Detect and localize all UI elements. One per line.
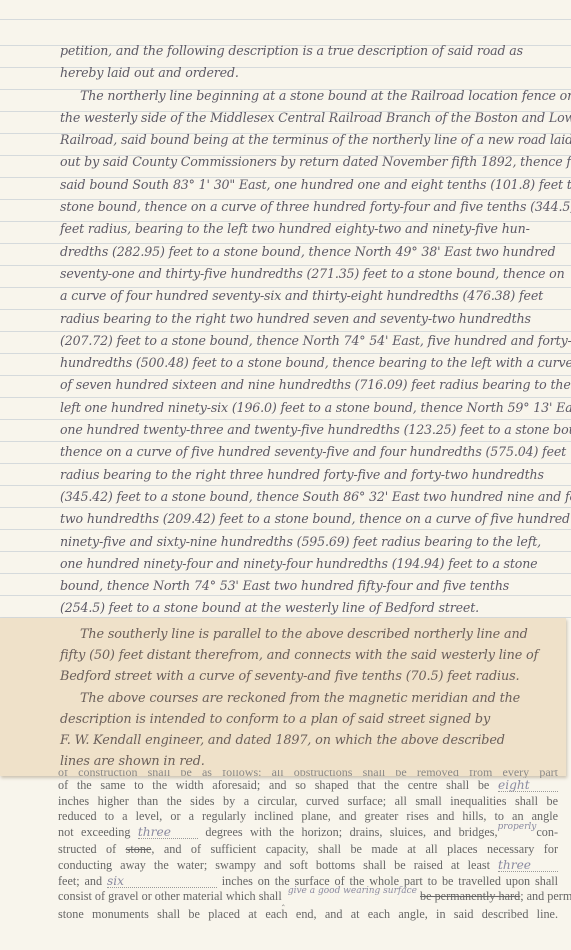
handwritten-line: a curve of four hundred seventy-six and … xyxy=(60,285,560,307)
handwritten-line: radius bearing to the right three hundre… xyxy=(60,464,560,486)
fill-in-surface-inches: six xyxy=(107,875,217,888)
struck-text-hard: be permanently hard xyxy=(420,889,520,903)
handwritten-line: Bedford street with a curve of seventy-a… xyxy=(60,666,560,687)
handwritten-line: petition, and the following description … xyxy=(60,40,560,62)
caret-mark: ‸ xyxy=(282,896,285,906)
handwritten-line: description is intended to conform to a … xyxy=(60,709,560,730)
printed-text: , and of sufficient capacity, shall be m… xyxy=(151,842,558,856)
handwritten-line: bound, thence North 74° 53' East two hun… xyxy=(60,575,560,597)
handwritten-line: one hundred ninety-four and ninety-four … xyxy=(60,553,560,575)
handwritten-line: hereby laid out and ordered. xyxy=(60,62,560,84)
document-page: petition, and the following description … xyxy=(0,0,571,950)
printed-text: degrees with the horizon; drains, sluice… xyxy=(205,825,497,839)
handwritten-insert-surface: give a good wearing surface xyxy=(288,886,417,896)
printed-form-text: of construction shall be as follows: all… xyxy=(58,770,558,922)
printed-line-cut: of construction shall be as follows: all… xyxy=(58,770,558,778)
printed-text: con- xyxy=(536,825,558,839)
handwritten-line: Railroad, said bound being at the termin… xyxy=(60,129,560,151)
handwritten-line: F. W. Kendall engineer, and dated 1897, … xyxy=(60,730,560,751)
pasted-slip: The southerly line is parallel to the ab… xyxy=(0,618,566,776)
printed-text: of the same to the width aforesaid; and … xyxy=(58,778,489,792)
handwritten-line: The southerly line is parallel to the ab… xyxy=(60,624,560,645)
pasted-slip-text: The southerly line is parallel to the ab… xyxy=(60,624,560,772)
handwritten-line: (207.72) feet to a stone bound, thence N… xyxy=(60,330,560,352)
printed-line: of the same to the width aforesaid; and … xyxy=(58,778,558,794)
fill-in-centre-height: eight xyxy=(498,779,558,792)
handwritten-line: (254.5) feet to a stone bound at the wes… xyxy=(60,597,560,619)
printed-text: not exceeding xyxy=(58,825,130,839)
printed-line: stone monuments shall be placed at each … xyxy=(58,907,558,923)
printed-text: structed of xyxy=(58,842,116,856)
printed-line: not exceeding three degrees with the hor… xyxy=(58,825,558,843)
handwritten-line: the westerly side of the Middlesex Centr… xyxy=(60,107,560,129)
printed-line: structed of stone, and of sufficient cap… xyxy=(58,842,558,858)
struck-text-stone: stone xyxy=(126,842,152,856)
handwritten-line: said bound South 83° 1' 30" East, one hu… xyxy=(60,174,560,196)
handwritten-line: fifty (50) feet distant therefrom, and c… xyxy=(60,645,560,666)
handwritten-insert-properly: properly xyxy=(498,822,537,832)
printed-text: ; and permanent xyxy=(520,889,571,903)
handwritten-line: dredths (282.95) feet to a stone bound, … xyxy=(60,241,560,263)
handwritten-line: one hundred twenty-three and twenty-five… xyxy=(60,419,560,441)
handwritten-line: of seven hundred sixteen and nine hundre… xyxy=(60,374,560,396)
handwritten-line: thence on a curve of five hundred sevent… xyxy=(60,441,560,463)
handwritten-description: petition, and the following description … xyxy=(60,40,560,620)
handwritten-line: radius bearing to the right two hundred … xyxy=(60,308,560,330)
handwritten-line: The northerly line beginning at a stone … xyxy=(60,85,560,107)
handwritten-line: hundredths (500.48) feet to a stone boun… xyxy=(60,352,560,374)
printed-text: consist of gravel or other material whic… xyxy=(58,889,282,903)
handwritten-line: two hundredths (209.42) feet to a stone … xyxy=(60,508,560,530)
printed-text: conducting away the water; swampy and so… xyxy=(58,858,490,872)
printed-line: inches higher than the sides by a circul… xyxy=(58,794,558,810)
printed-line: consist of gravel or other material whic… xyxy=(58,889,558,907)
handwritten-line: ninety-five and sixty-nine hundredths (5… xyxy=(60,531,560,553)
handwritten-line: out by said County Commissioners by retu… xyxy=(60,151,560,173)
printed-line: reduced to a level, or a regularly incli… xyxy=(58,809,558,825)
handwritten-line: The above courses are reckoned from the … xyxy=(60,688,560,709)
handwritten-line: feet radius, bearing to the left two hun… xyxy=(60,218,560,240)
handwritten-line: (345.42) feet to a stone bound, thence S… xyxy=(60,486,560,508)
printed-line: conducting away the water; swampy and so… xyxy=(58,858,558,874)
fill-in-angle: three xyxy=(138,826,198,839)
printed-text: feet; and xyxy=(58,874,102,888)
handwritten-line: seventy-one and thirty-five hundredths (… xyxy=(60,263,560,285)
handwritten-line: stone bound, thence on a curve of three … xyxy=(60,196,560,218)
handwritten-line: left one hundred ninety-six (196.0) feet… xyxy=(60,397,560,419)
fill-in-raise-feet: three xyxy=(498,859,558,872)
